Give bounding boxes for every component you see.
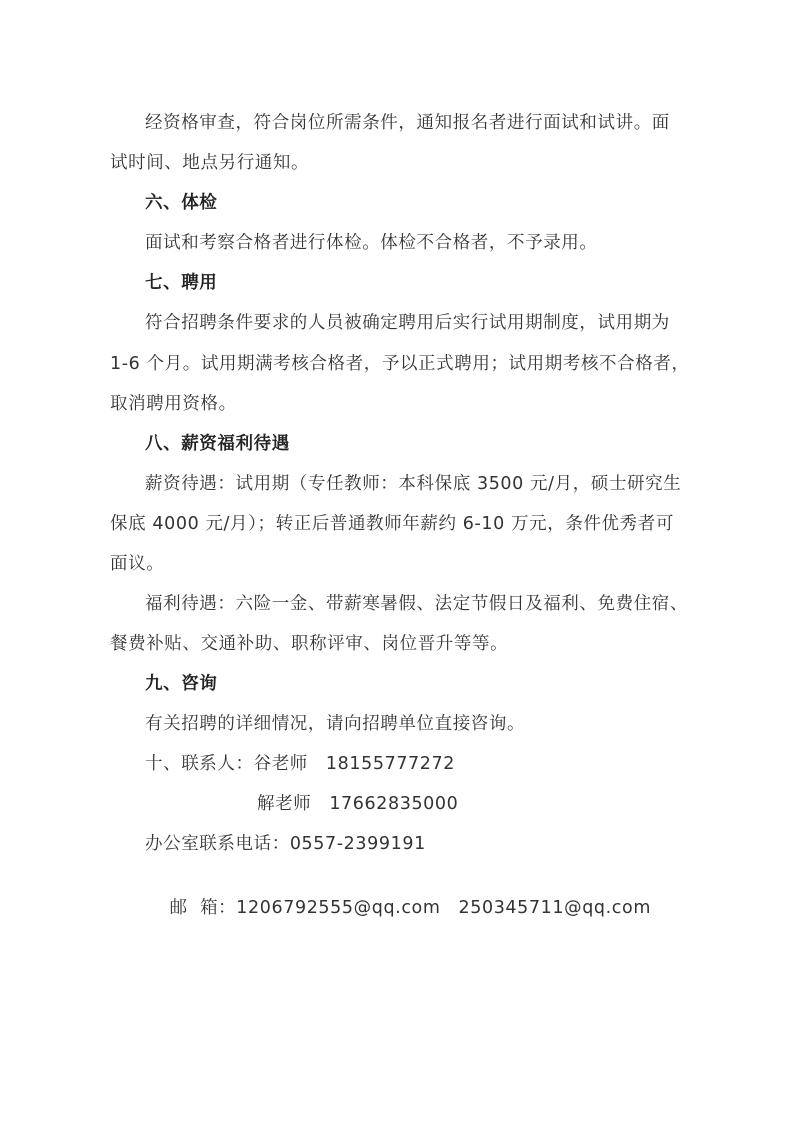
email-line: 邮 箱：1206792555@qq.com250345711@qq.com [145,872,735,944]
document-page: 经资格审查，符合岗位所需条件，通知报名者进行面试和试讲。面 试时间、地点另行通知… [0,0,793,1122]
contact-line-1: 十、联系人：谷老师18155777272 [145,752,735,776]
paragraph-line: 取消聘用资格。 [110,392,700,416]
benefits-line: 餐费补贴、交通补助、职称评审、岗位晋升等等。 [110,632,700,656]
paragraph-line: 有关招聘的详细情况，请向招聘单位直接咨询。 [145,712,735,736]
paragraph-line: 保底 4000 元/月）；转正后普通教师年薪约 6-10 万元，条件优秀者可 [110,512,700,536]
paragraph-line: 符合招聘条件要求的人员被确定聘用后实行试用期制度，试用期为 [145,311,735,335]
contact-name: 解老师 [257,794,311,814]
section-heading-hiring: 七、聘用 [145,271,735,295]
office-phone: 0557-2399191 [290,834,426,854]
paragraph-line: 经资格审查，符合岗位所需条件，通知报名者进行面试和试讲。面 [145,111,735,135]
paragraph-line: 1-6 个月。试用期满考核合格者，予以正式聘用；试用期考核不合格者， [110,352,700,376]
section-heading-salary: 八、薪资福利待遇 [145,432,735,456]
paragraph-line: 薪资待遇：试用期（专任教师：本科保底 3500 元/月，硕士研究生 [145,472,735,496]
contact-label: 十、联系人： [145,754,254,774]
contact-phone: 17662835000 [329,794,458,814]
office-phone-line: 办公室联系电话：0557-2399191 [145,832,735,856]
contact-line-2: 解老师17662835000 [257,792,793,816]
email-address: 1206792555@qq.com [236,898,440,918]
benefits-line: 福利待遇：六险一金、带薪寒暑假、法定节假日及福利、免费住宿、 [145,592,735,616]
paragraph-line: 面试和考察合格者进行体检。体检不合格者，不予录用。 [145,231,735,255]
office-phone-label: 办公室联系电话： [145,834,290,854]
contact-phone: 18155777272 [326,754,455,774]
email-label: 邮 箱： [170,898,237,918]
section-heading-physical: 六、体检 [145,191,735,215]
contact-name: 谷老师 [254,754,308,774]
email-address: 250345711@qq.com [459,898,651,918]
section-heading-consult: 九、咨询 [145,672,735,696]
paragraph-line: 试时间、地点另行通知。 [110,151,700,175]
paragraph-line: 面议。 [110,552,700,576]
